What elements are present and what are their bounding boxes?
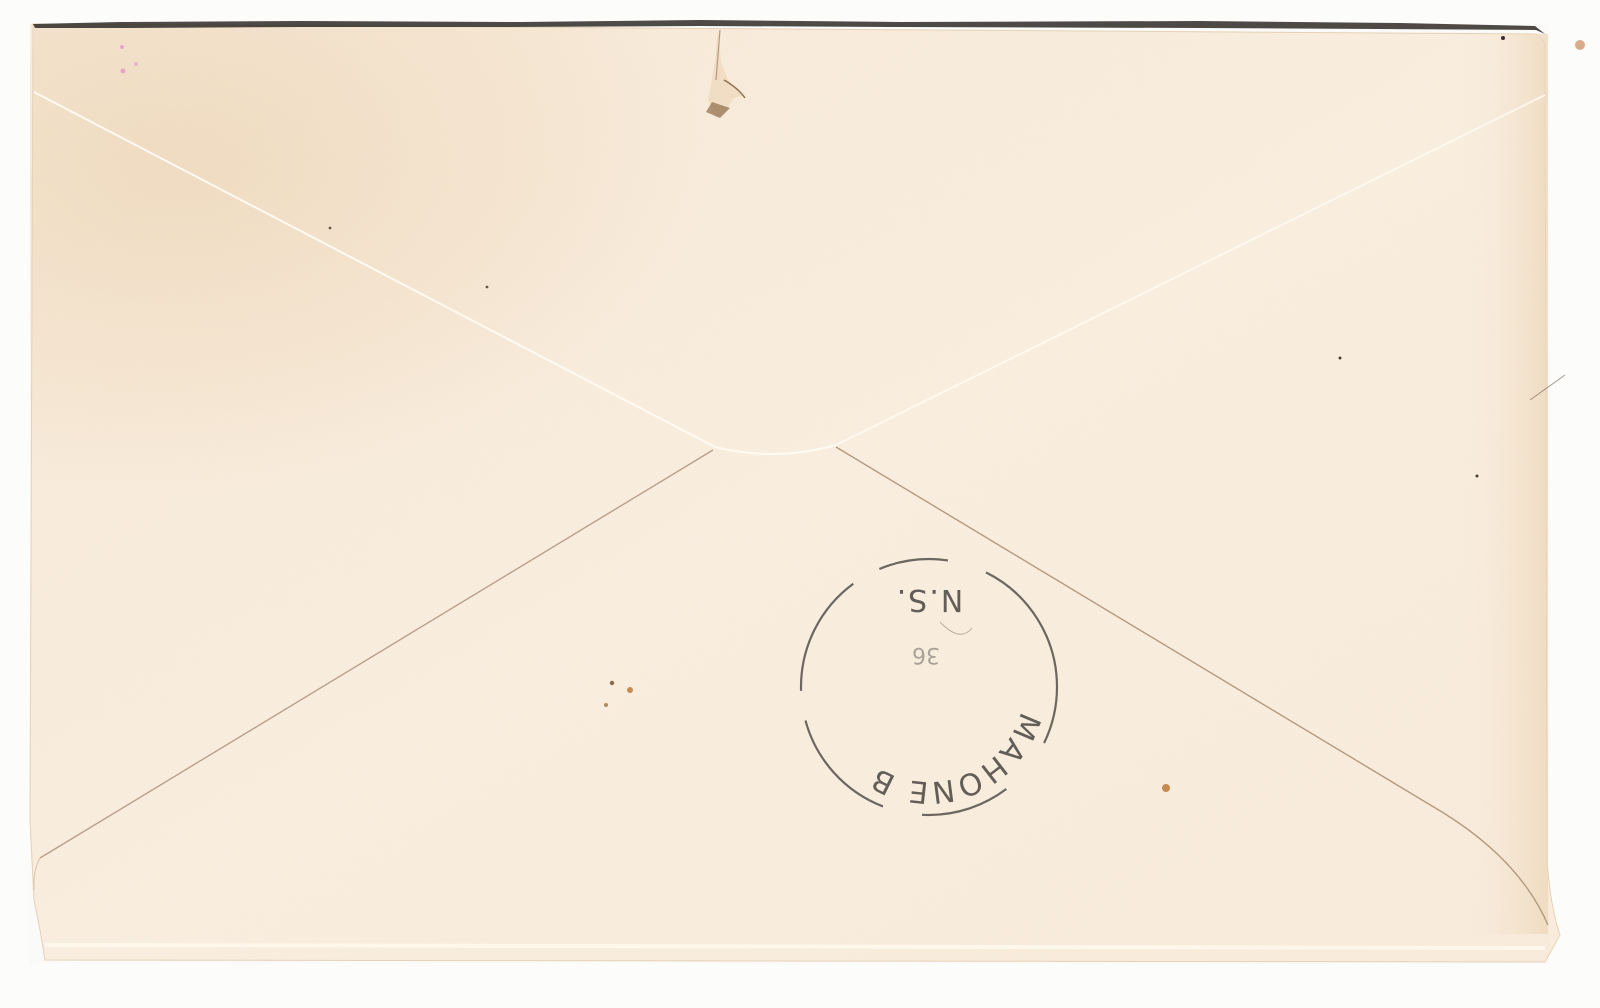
scan-canvas: MAHONE B N.S. 36 Cream-colored aged enve…: [0, 0, 1600, 1008]
postmark-stamp: MAHONE B N.S. 36: [798, 556, 1060, 818]
postmark-date: 36: [912, 642, 940, 667]
envelope-back: [0, 0, 1600, 1008]
postmark-town: MAHONE B: [865, 708, 1047, 810]
postmark-province: N.S.: [895, 582, 964, 617]
